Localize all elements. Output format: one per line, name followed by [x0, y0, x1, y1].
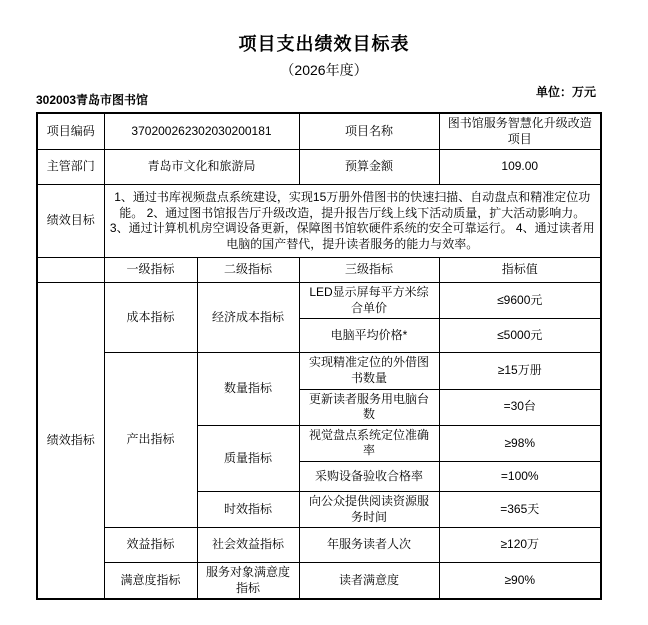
- indicator-header-spacer: [37, 258, 104, 283]
- performance-target-table: 项目编码 370200262302030200181 项目名称 图书馆服务智慧化…: [36, 112, 602, 600]
- dept-label: 主管部门: [37, 150, 104, 185]
- indicator-row: 效益指标 社会效益指标 年服务读者人次 ≥120万: [37, 528, 601, 563]
- project-code-label: 项目编码: [37, 113, 104, 150]
- header-level2: 二级指标: [197, 258, 299, 283]
- level2-social-benefit: 社会效益指标: [197, 528, 299, 563]
- goal-label: 绩效目标: [37, 185, 104, 258]
- indicator-row: 绩效指标 成本指标 经济成本指标 LED显示屏每平方米综合单价 ≤9600元: [37, 283, 601, 319]
- level3-indicator: 电脑平均价格*: [299, 319, 439, 353]
- budget-value: 109.00: [439, 150, 601, 185]
- level3-indicator: 向公众提供阅读资源服务时间: [299, 491, 439, 527]
- level3-indicator: 实现精准定位的外借图书数量: [299, 353, 439, 389]
- indicator-value: =30台: [439, 389, 601, 425]
- page-subtitle: （2026年度）: [0, 60, 648, 80]
- page-title: 项目支出绩效目标表: [0, 30, 648, 56]
- level1-satisfaction: 满意度指标: [104, 563, 197, 600]
- table-row: 绩效目标 1、通过书库视频盘点系统建设，实现15万册外借图书的快速扫描、自动盘点…: [37, 185, 601, 258]
- level2-timeliness: 时效指标: [197, 491, 299, 527]
- indicator-value: ≥120万: [439, 528, 601, 563]
- level2-quality: 质量指标: [197, 425, 299, 491]
- project-code-value: 370200262302030200181: [104, 113, 299, 150]
- indicator-value: ≥90%: [439, 563, 601, 600]
- indicator-value: ≥15万册: [439, 353, 601, 389]
- level3-indicator: LED显示屏每平方米综合单价: [299, 283, 439, 319]
- level1-benefit: 效益指标: [104, 528, 197, 563]
- org-code-name: 302003青岛市图书馆: [36, 91, 148, 108]
- indicator-value: ≤9600元: [439, 283, 601, 319]
- project-name-label: 项目名称: [299, 113, 439, 150]
- level2-service-satisfaction: 服务对象满意度指标: [197, 563, 299, 600]
- indicator-value: ≥98%: [439, 425, 601, 461]
- project-name-value: 图书馆服务智慧化升级改造项目: [439, 113, 601, 150]
- table-row: 项目编码 370200262302030200181 项目名称 图书馆服务智慧化…: [37, 113, 601, 150]
- table-row: 主管部门 青岛市文化和旅游局 预算金额 109.00: [37, 150, 601, 185]
- level2-quantity: 数量指标: [197, 353, 299, 425]
- indicator-row: 产出指标 数量指标 实现精准定位的外借图书数量 ≥15万册: [37, 353, 601, 389]
- level3-indicator: 年服务读者人次: [299, 528, 439, 563]
- indicator-value: =365天: [439, 491, 601, 527]
- header-level1: 一级指标: [104, 258, 197, 283]
- indicator-value: ≤5000元: [439, 319, 601, 353]
- indicator-header-row: 一级指标 二级指标 三级指标 指标值: [37, 258, 601, 283]
- header-level3: 三级指标: [299, 258, 439, 283]
- dept-value: 青岛市文化和旅游局: [104, 150, 299, 185]
- indicator-row: 满意度指标 服务对象满意度指标 读者满意度 ≥90%: [37, 563, 601, 600]
- level2-economic-cost: 经济成本指标: [197, 283, 299, 353]
- level3-indicator: 采购设备验收合格率: [299, 461, 439, 491]
- level1-cost: 成本指标: [104, 283, 197, 353]
- level3-indicator: 读者满意度: [299, 563, 439, 600]
- indicators-section-label: 绩效指标: [37, 283, 104, 600]
- level3-indicator: 更新读者服务用电脑台数: [299, 389, 439, 425]
- header-value: 指标值: [439, 258, 601, 283]
- level3-indicator: 视觉盘点系统定位准确率: [299, 425, 439, 461]
- goal-text: 1、通过书库视频盘点系统建设，实现15万册外借图书的快速扫描、自动盘点和精准定位…: [104, 185, 601, 258]
- level1-output: 产出指标: [104, 353, 197, 528]
- unit-label: 单位：万元: [536, 83, 596, 100]
- indicator-value: =100%: [439, 461, 601, 491]
- budget-label: 预算金额: [299, 150, 439, 185]
